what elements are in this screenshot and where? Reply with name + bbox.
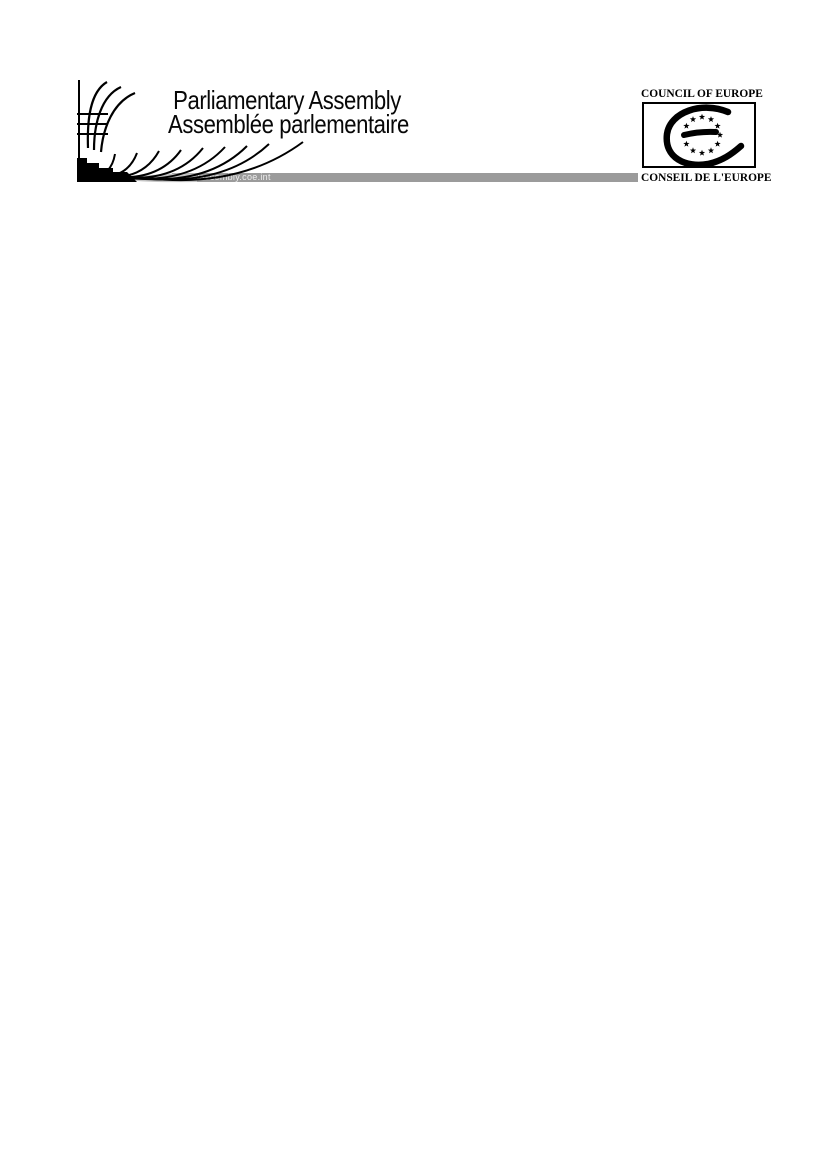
council-of-europe-label-fr: CONSEIL DE L'EUROPE	[641, 171, 755, 183]
document-page: Parliamentary Assembly Assemblée parleme…	[0, 0, 827, 1169]
coe-logo-box	[642, 102, 756, 168]
council-of-europe-label-en: COUNCIL OF EUROPE	[641, 87, 755, 99]
hemicycle-logo-icon	[75, 76, 345, 188]
coe-e-stars-icon	[644, 104, 754, 166]
